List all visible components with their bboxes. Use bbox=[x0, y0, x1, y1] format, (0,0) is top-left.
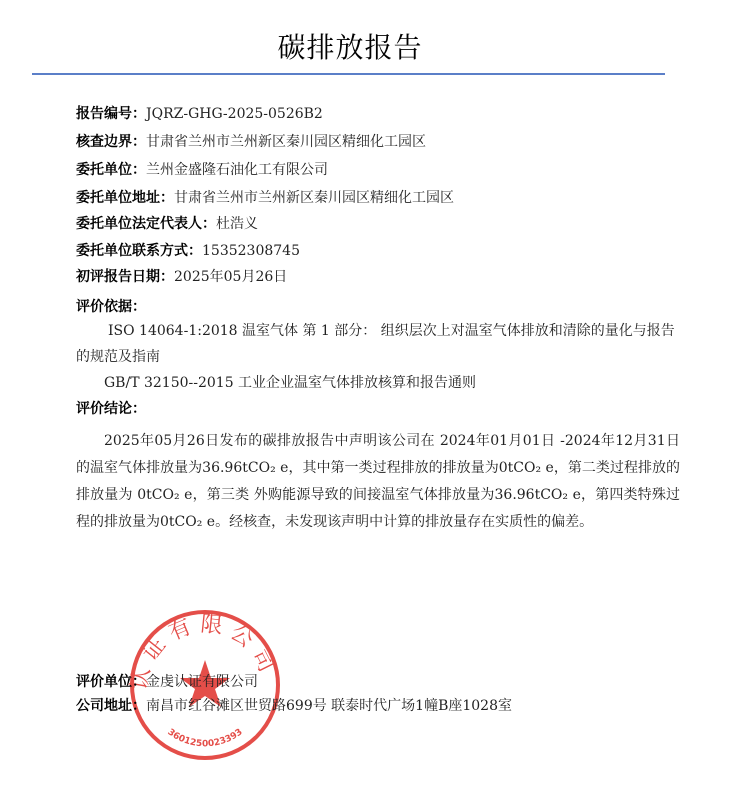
basis-item: ISO 14064-1:2018 温室气体 第 1 部分： 组织层次上对温室气体… bbox=[76, 318, 676, 370]
address-label: 公司地址： bbox=[76, 698, 146, 714]
field-label: 委托单位法定代表人： bbox=[76, 216, 216, 232]
field-client: 委托单位：兰州金盛隆石油化工有限公司 bbox=[76, 160, 328, 180]
field-value: 甘肃省兰州市兰州新区秦川园区精细化工园区 bbox=[174, 190, 454, 206]
field-value: JQRZ-GHG-2025-0526B2 bbox=[146, 106, 323, 122]
field-value: 甘肃省兰州市兰州新区秦川园区精细化工园区 bbox=[146, 134, 426, 150]
field-label: 委托单位： bbox=[76, 162, 146, 178]
field-label: 初评报告日期： bbox=[76, 269, 174, 285]
field-label: 委托单位联系方式： bbox=[76, 243, 202, 259]
address-value: 南昌市红谷滩区世贸路699号 联泰时代广场1幢B座1028室 bbox=[146, 698, 512, 714]
svg-text:3601250023393: 3601250023393 bbox=[166, 727, 245, 749]
company-address-row: 公司地址：南昌市红谷滩区世贸路699号 联泰时代广场1幢B座1028室 bbox=[76, 696, 512, 716]
evaluator-row: 评价单位：金虔认证有限公司 bbox=[76, 672, 258, 692]
evaluator-value: 金虔认证有限公司 bbox=[146, 674, 258, 690]
conclusion-text: 2025年05月26日发布的碳排放报告中声明该公司在 2024年01月01日 -… bbox=[76, 428, 680, 536]
field-value: 2025年05月26日 bbox=[174, 269, 287, 285]
field-client-address: 委托单位地址：甘肃省兰州市兰州新区秦川园区精细化工园区 bbox=[76, 188, 454, 208]
field-value: 15352308745 bbox=[202, 243, 300, 259]
title-divider bbox=[32, 73, 665, 75]
field-report-number: 报告编号：JQRZ-GHG-2025-0526B2 bbox=[76, 104, 323, 124]
field-label: 委托单位地址： bbox=[76, 190, 174, 206]
basis-list: ISO 14064-1:2018 温室气体 第 1 部分： 组织层次上对温室气体… bbox=[76, 318, 676, 396]
field-label: 核查边界： bbox=[76, 134, 146, 150]
field-label: 报告编号： bbox=[76, 106, 146, 122]
basis-heading: 评价依据： bbox=[76, 297, 146, 317]
basis-item: GB/T 32150--2015 工业企业温室气体排放核算和报告通则 bbox=[76, 370, 676, 396]
conclusion-heading: 评价结论： bbox=[76, 399, 146, 419]
field-legal-representative: 委托单位法定代表人：杜浩义 bbox=[76, 214, 258, 234]
field-report-date: 初评报告日期：2025年05月26日 bbox=[76, 267, 287, 287]
field-contact: 委托单位联系方式：15352308745 bbox=[76, 241, 300, 261]
page-title: 碳排放报告 bbox=[0, 26, 700, 66]
field-value: 兰州金盛隆石油化工有限公司 bbox=[146, 162, 328, 178]
field-verification-boundary: 核查边界：甘肃省兰州市兰州新区秦川园区精细化工园区 bbox=[76, 132, 426, 152]
field-value: 杜浩义 bbox=[216, 216, 258, 232]
evaluator-label: 评价单位： bbox=[76, 674, 146, 690]
